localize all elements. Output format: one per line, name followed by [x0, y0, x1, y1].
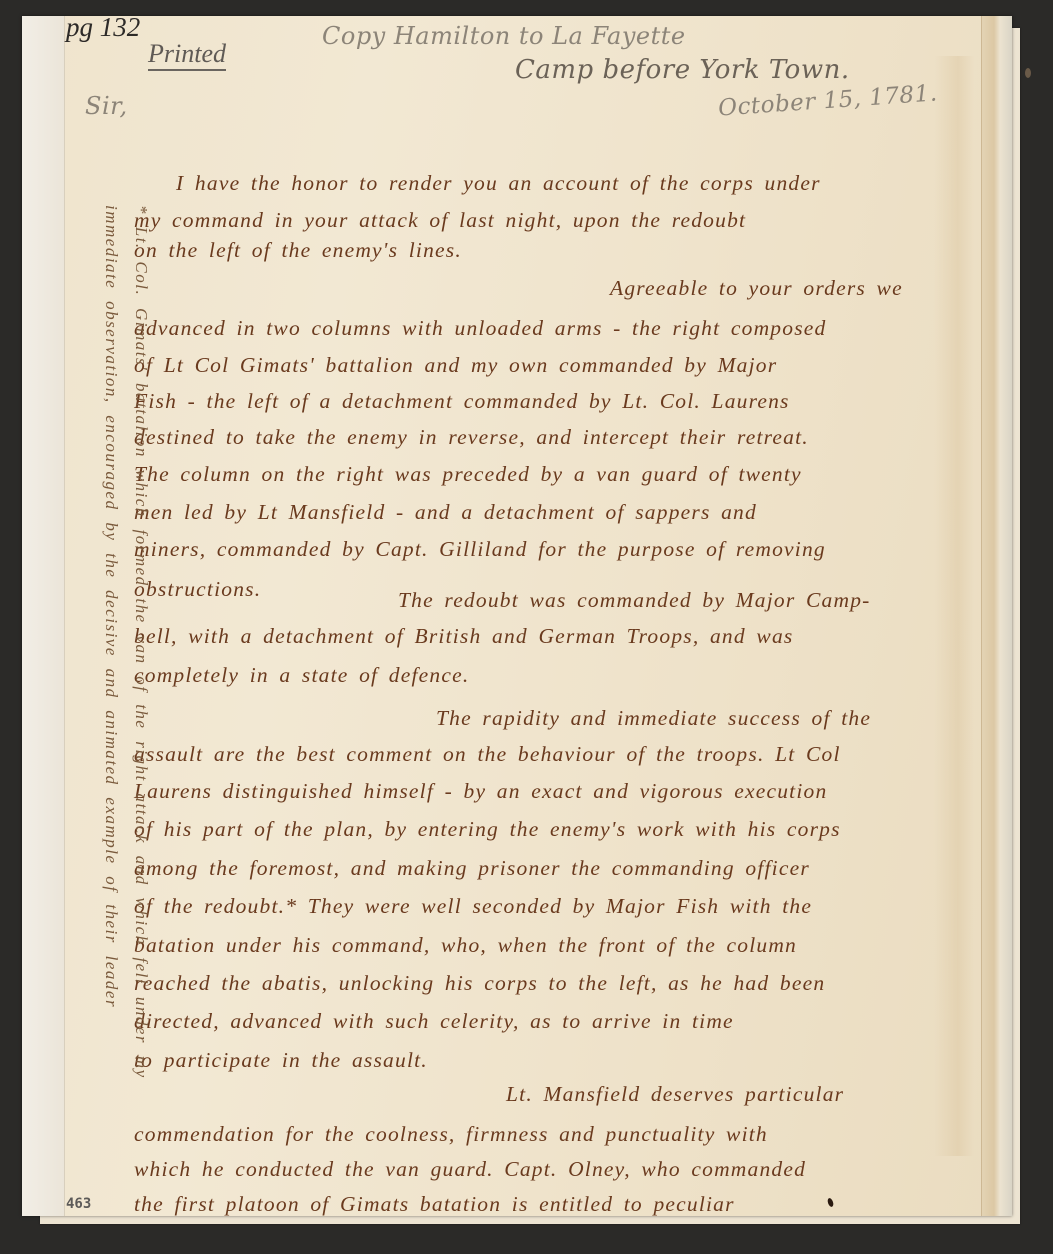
page-right-edge [981, 16, 1012, 1216]
body-line: assault are the best comment on the beha… [134, 744, 841, 766]
body-line: men led by Lt Mansfield - and a detachme… [134, 502, 757, 524]
paper-stain [934, 56, 974, 1156]
page-reference-annotation: pg 132 [66, 12, 140, 43]
body-line: completely in a state of defence. [134, 665, 469, 687]
body-line: bell, with a detachment of British and G… [134, 626, 793, 648]
document-title: Copy Hamilton to La Fayette [322, 22, 686, 50]
body-line: The rapidity and immediate success of th… [436, 708, 871, 730]
body-line: advanced in two columns with unloaded ar… [134, 318, 826, 340]
manuscript-page [22, 16, 1012, 1216]
body-line: among the foremost, and making prisoner … [134, 858, 810, 880]
body-line: directed, advanced with such celerity, a… [134, 1011, 734, 1033]
marginal-footnote-line: * Lt. Col. Gimats' battalion which forme… [126, 205, 156, 1079]
body-line: of the redoubt.* They were well seconded… [134, 896, 812, 918]
body-line: destined to take the enemy in reverse, a… [134, 427, 809, 449]
body-line: batation under his command, who, when th… [134, 935, 797, 957]
body-line: I have the honor to render you an accoun… [176, 173, 821, 195]
body-line: commendation for the coolness, firmness … [134, 1124, 768, 1146]
body-line: Laurens distinguished himself - by an ex… [134, 781, 827, 803]
body-line: of Lt Col Gimats' battalion and my own c… [134, 355, 777, 377]
body-line: miners, commanded by Capt. Gilliland for… [134, 539, 826, 561]
body-line: The column on the right was preceded by … [134, 464, 802, 486]
body-line: Agreeable to your orders we [610, 278, 903, 300]
body-line: to participate in the assault. [134, 1050, 428, 1072]
body-line: Lt. Mansfield deserves particular [506, 1084, 844, 1106]
folio-number: 463 [66, 1196, 91, 1212]
body-line: of his part of the plan, by entering the… [134, 819, 841, 841]
ink-spot [1025, 68, 1031, 78]
body-line: the first platoon of Gimats batation is … [134, 1194, 735, 1216]
marginal-footnote: * Lt. Col. Gimats' battalion which forme… [96, 205, 156, 1079]
printed-annotation: Printed [148, 40, 226, 71]
letter-place: Camp before York Town. [515, 55, 850, 85]
body-line: which he conducted the van guard. Capt. … [134, 1159, 806, 1181]
body-line: my command in your attack of last night,… [134, 210, 746, 232]
body-line: Fish - the left of a detachment commande… [134, 391, 790, 413]
body-line: The redoubt was commanded by Major Camp- [398, 590, 871, 612]
binding-guard-strip [22, 16, 65, 1216]
body-line: on the left of the enemy's lines. [134, 240, 462, 262]
salutation: Sir, [85, 92, 128, 120]
body-line: reached the abatis, unlocking his corps … [134, 973, 825, 995]
marginal-footnote-line: immediate observation, encouraged by the… [96, 205, 126, 1079]
